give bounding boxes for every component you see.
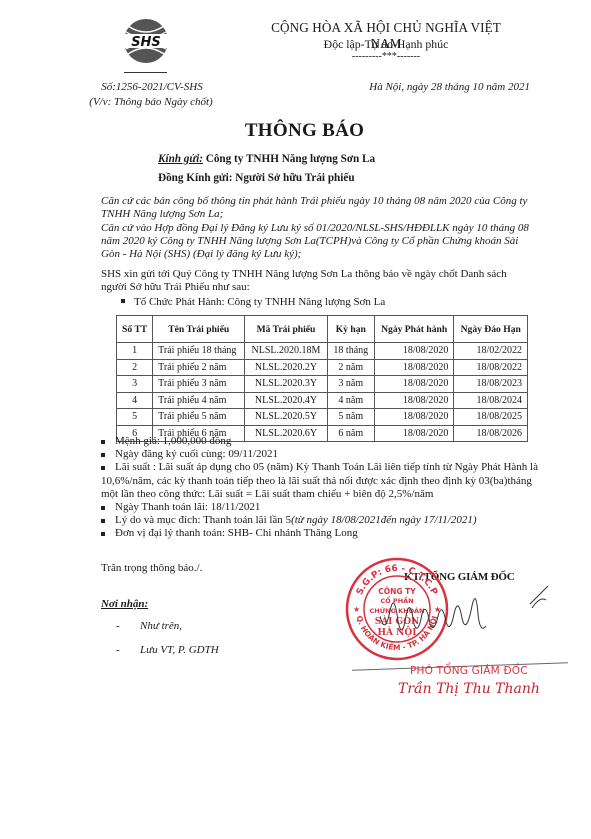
issuer-text: Tổ Chức Phát Hành: Công ty TNHH Năng lượ…: [134, 296, 385, 308]
col-no-cell: 2: [117, 359, 153, 376]
bond-details: Mệnh giá: 1,000,000 đồng Ngày đăng ký cu…: [101, 435, 541, 541]
col-term-cell: 5 năm: [327, 409, 374, 426]
intro-paragraph: SHS xin gửi tới Quý Công ty TNHH Năng lư…: [101, 268, 531, 294]
col-bond-code-cell: NLSL.2020.3Y: [245, 376, 327, 393]
purpose-item: Lý do và mục đích: Thanh toán lãi lần 5(…: [101, 514, 541, 527]
payment-agent-text: Đơn vị đại lý thanh toán: SHB- Chi nhánh…: [115, 527, 358, 539]
closing-remark: Trân trọng thông báo./.: [101, 562, 202, 574]
addressee-label: Kính gửi:: [158, 153, 203, 165]
col-bond-name-cell: Trái phiếu 5 năm: [153, 409, 245, 426]
table-body: 1Trái phiếu 18 thángNLSL.2020.18M18 thán…: [117, 343, 528, 442]
purpose-text: Lý do và mục đích: Thanh toán lãi lần 5: [115, 514, 291, 526]
logo-underline: [124, 72, 167, 73]
record-date-item: Ngày đăng ký cuối cùng: 09/11/2021: [101, 448, 541, 461]
place-date: Hà Nội, ngày 28 tháng 10 năm 2021: [330, 81, 530, 93]
col-term-cell: 4 năm: [327, 392, 374, 409]
recipient-text: Lưu VT, P. GDTH: [140, 644, 219, 656]
header-col-bond-code: Mã Trái phiếu: [245, 316, 327, 343]
basis-paragraph-1: Căn cứ các bản công bố thông tin phát hà…: [101, 195, 531, 221]
document-number: Số:1256-2021/CV-SHS: [86, 81, 218, 93]
bullet-icon: [101, 519, 105, 523]
par-value-item: Mệnh giá: 1,000,000 đồng: [101, 435, 541, 448]
table-row: 1Trái phiếu 18 thángNLSL.2020.18M18 thán…: [117, 343, 528, 360]
header-col-no: Số TT: [117, 316, 153, 343]
col-bond-code-cell: NLSL.2020.18M: [245, 343, 327, 360]
col-bond-name-cell: Trái phiếu 18 tháng: [153, 343, 245, 360]
col-bond-name-cell: Trái phiếu 3 năm: [153, 376, 245, 393]
col-no-cell: 3: [117, 376, 153, 393]
document-title: THÔNG BÁO: [0, 120, 591, 142]
col-issue-date-cell: 18/08/2020: [374, 376, 454, 393]
col-bond-code-cell: NLSL.2020.4Y: [245, 392, 327, 409]
col-issue-date-cell: 18/08/2020: [374, 343, 454, 360]
bullet-icon: [121, 299, 125, 303]
bullet-icon: [101, 453, 105, 457]
recipient-item: -Như trên,: [116, 620, 182, 632]
col-maturity-date-cell: 18/02/2022: [454, 343, 528, 360]
payment-date-item: Ngày Thanh toán lãi: 18/11/2021: [101, 501, 541, 514]
header-col-issue-date: Ngày Phát hành: [374, 316, 454, 343]
table-row: 4Trái phiếu 4 nămNLSL.2020.4Y4 năm18/08/…: [117, 392, 528, 409]
col-bond-code-cell: NLSL.2020.2Y: [245, 359, 327, 376]
svg-text:★: ★: [353, 605, 360, 614]
shs-logo: SHS: [118, 16, 174, 66]
addressee: Kính gửi: Công ty TNHH Năng lượng Sơn La: [158, 153, 375, 165]
header-col-bond-name: Tên Trái phiếu: [153, 316, 245, 343]
svg-text:SHS: SHS: [131, 35, 161, 50]
deputy-title: PHÓ TỔNG GIÁM ĐỐC: [410, 665, 528, 677]
col-maturity-date-cell: 18/08/2025: [454, 409, 528, 426]
col-bond-name-cell: Trái phiếu 2 năm: [153, 359, 245, 376]
handwritten-signature-icon: [380, 586, 550, 646]
recipient-text: Như trên,: [140, 620, 182, 632]
signer-name: Trần Thị Thu Thanh: [398, 681, 540, 697]
bullet-icon: [101, 466, 105, 470]
col-term-cell: 3 năm: [327, 376, 374, 393]
header-col-maturity-date: Ngày Đáo Hạn: [454, 316, 528, 343]
bond-table: Số TTTên Trái phiếuMã Trái phiếuKỳ hạnNg…: [116, 315, 528, 442]
col-bond-name-cell: Trái phiếu 4 năm: [153, 392, 245, 409]
addressee-value: Công ty TNHH Năng lượng Sơn La: [203, 153, 375, 165]
col-issue-date-cell: 18/08/2020: [374, 359, 454, 376]
bullet-icon: [101, 440, 105, 444]
interest-item: Lãi suất : Lãi suất áp dụng cho 05 (năm)…: [101, 461, 541, 501]
col-no-cell: 1: [117, 343, 153, 360]
col-maturity-date-cell: 18/08/2024: [454, 392, 528, 409]
table-header-row: Số TTTên Trái phiếuMã Trái phiếuKỳ hạnNg…: [117, 316, 528, 343]
table-row: 2Trái phiếu 2 nămNLSL.2020.2Y2 năm18/08/…: [117, 359, 528, 376]
col-term-cell: 18 tháng: [327, 343, 374, 360]
col-maturity-date-cell: 18/08/2022: [454, 359, 528, 376]
payment-date-text: Ngày Thanh toán lãi: 18/11/2021: [115, 501, 260, 513]
interest-text: Lãi suất : Lãi suất áp dụng cho 05 (năm)…: [101, 461, 538, 499]
record-date-text: Ngày đăng ký cuối cùng: 09/11/2021: [115, 448, 278, 460]
col-no-cell: 5: [117, 409, 153, 426]
table-row: 5Trái phiếu 5 nămNLSL.2020.5Y5 năm18/08/…: [117, 409, 528, 426]
par-value-text: Mệnh giá: 1,000,000 đồng: [115, 435, 231, 447]
bullet-icon: [101, 506, 105, 510]
col-issue-date-cell: 18/08/2020: [374, 409, 454, 426]
basis-paragraph-2: Căn cứ vào Hợp đồng Đại lý Đăng ký Lưu k…: [101, 222, 531, 262]
bullet-icon: [101, 532, 105, 536]
issuer-item: Tổ Chức Phát Hành: Công ty TNHH Năng lượ…: [121, 296, 385, 309]
table-row: 3Trái phiếu 3 nămNLSL.2020.3Y3 năm18/08/…: [117, 376, 528, 393]
recipient-item: -Lưu VT, P. GDTH: [116, 644, 219, 656]
cc-addressee: Đồng Kính gửi: Người Sở hữu Trái phiếu: [158, 172, 355, 184]
recipients-label: Nơi nhận:: [101, 598, 148, 610]
purpose-period: (từ ngày 18/08/2021đến ngày 17/11/2021): [291, 514, 476, 526]
national-motto: Độc lập-Tự do-Hạnh phúc: [256, 37, 516, 52]
col-bond-code-cell: NLSL.2020.5Y: [245, 409, 327, 426]
header-separator: ---------***-------: [256, 51, 516, 62]
col-no-cell: 4: [117, 392, 153, 409]
col-term-cell: 2 năm: [327, 359, 374, 376]
payment-agent-item: Đơn vị đại lý thanh toán: SHB- Chi nhánh…: [101, 527, 541, 540]
col-issue-date-cell: 18/08/2020: [374, 392, 454, 409]
document-subject: (V/v: Thông báo Ngày chốt): [84, 96, 218, 108]
header-col-term: Kỳ hạn: [327, 316, 374, 343]
col-maturity-date-cell: 18/08/2023: [454, 376, 528, 393]
